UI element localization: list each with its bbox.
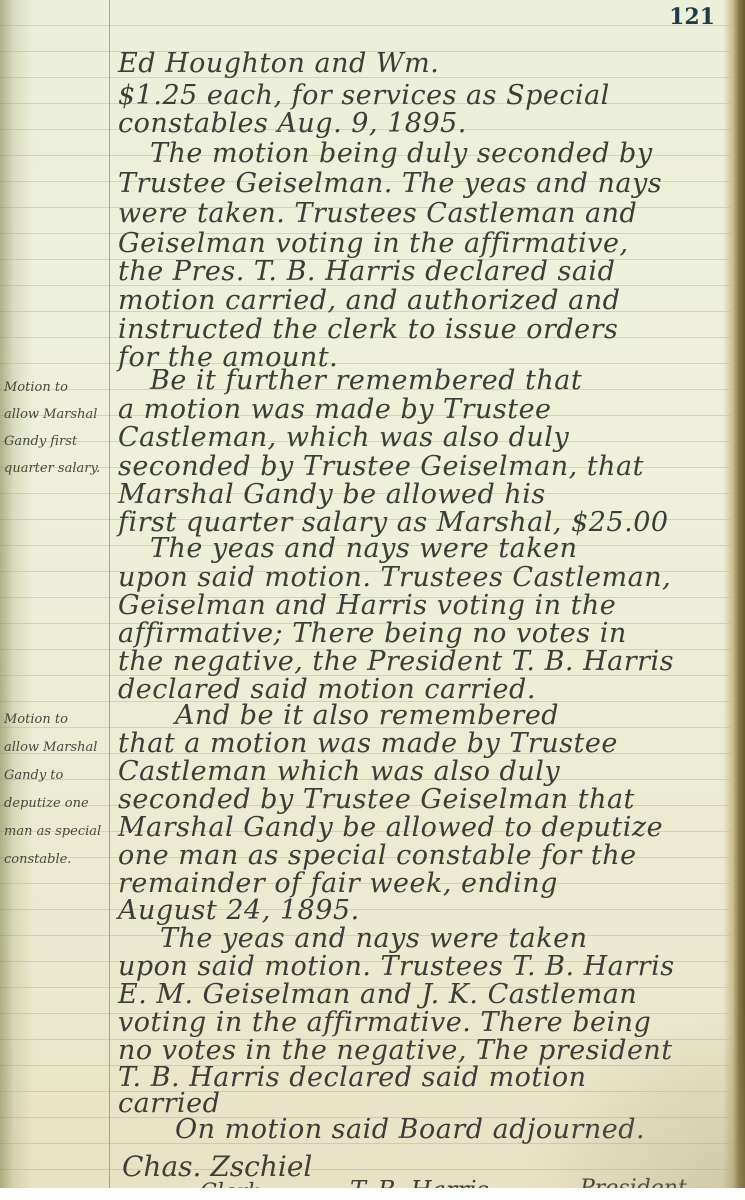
body-line: instructed the clerk to issue orders [118, 314, 618, 345]
body-line: seconded by Trustee Geiselman, that [118, 451, 644, 482]
body-line: were taken. Trustees Castleman and [118, 198, 637, 229]
body-line: The yeas and nays were taken [160, 923, 588, 954]
page-number: 121 [669, 4, 715, 30]
body-line: Castleman which was also duly [118, 756, 560, 787]
margin-note-line: allow Marshal [4, 407, 97, 422]
body-line: Geiselman and Harris voting in the [118, 590, 616, 621]
body-line: constables Aug. 9, 1895. [118, 108, 467, 139]
clerk-signature: Chas. Zschiel [122, 1150, 312, 1183]
margin-note-line: allow Marshal [4, 740, 97, 755]
body-line: Castleman, which was also duly [118, 422, 569, 453]
body-line: seconded by Trustee Geiselman that [118, 784, 635, 815]
body-line: upon said motion. Trustees Castleman, [118, 562, 671, 593]
body-line: And be it also remembered [175, 700, 559, 731]
body-line: one man as special constable for the [118, 840, 637, 871]
body-line: the negative, the President T. B. Harris [118, 646, 674, 677]
body-line: The yeas and nays were taken [150, 533, 578, 564]
body-line: Geiselman voting in the affirmative, [118, 228, 629, 259]
body-line: motion carried, and authorized and [118, 285, 620, 316]
body-line: upon said motion. Trustees T. B. Harris [118, 951, 675, 982]
margin-note-line: deputize one [4, 796, 89, 811]
body-line: Ed Houghton and Wm. [118, 48, 439, 79]
body-line: Marshal Gandy be allowed to deputize [118, 812, 663, 843]
margin-note-line: quarter salary. [4, 461, 100, 476]
margin-note-line: Gandy first [4, 434, 77, 449]
margin-note-line: Motion to [4, 380, 68, 395]
margin-note-line: man as special [4, 824, 101, 839]
margin-note-line: Gandy to [4, 768, 63, 783]
body-line: that a motion was made by Trustee [118, 728, 618, 759]
body-line: Marshal Gandy be allowed his [118, 479, 546, 510]
president-signature: T. B. Harris [350, 1176, 489, 1188]
body-line: $1.25 each, for services as Special [118, 80, 610, 111]
body-line: August 24, 1895. [118, 895, 360, 926]
margin-note-line: Motion to [4, 712, 68, 727]
body-line: E. M. Geiselman and J. K. Castleman [118, 979, 637, 1010]
body-line: a motion was made by Trustee [118, 394, 552, 425]
clerk-title: Clerk. [200, 1180, 268, 1188]
page-shadow [525, 1008, 745, 1188]
body-line: The motion being duly seconded by [150, 138, 653, 169]
ledger-page: 121 Ed Houghton and Wm. $1.25 each, for … [0, 0, 745, 1188]
margin-rule [109, 0, 110, 1188]
body-line: affirmative; There being no votes in [118, 618, 627, 649]
body-line: Trustee Geiselman. The yeas and nays [118, 168, 662, 199]
body-line: the Pres. T. B. Harris declared said [118, 256, 615, 287]
body-line: Be it further remembered that [150, 365, 582, 396]
margin-note-line: constable. [4, 852, 71, 867]
